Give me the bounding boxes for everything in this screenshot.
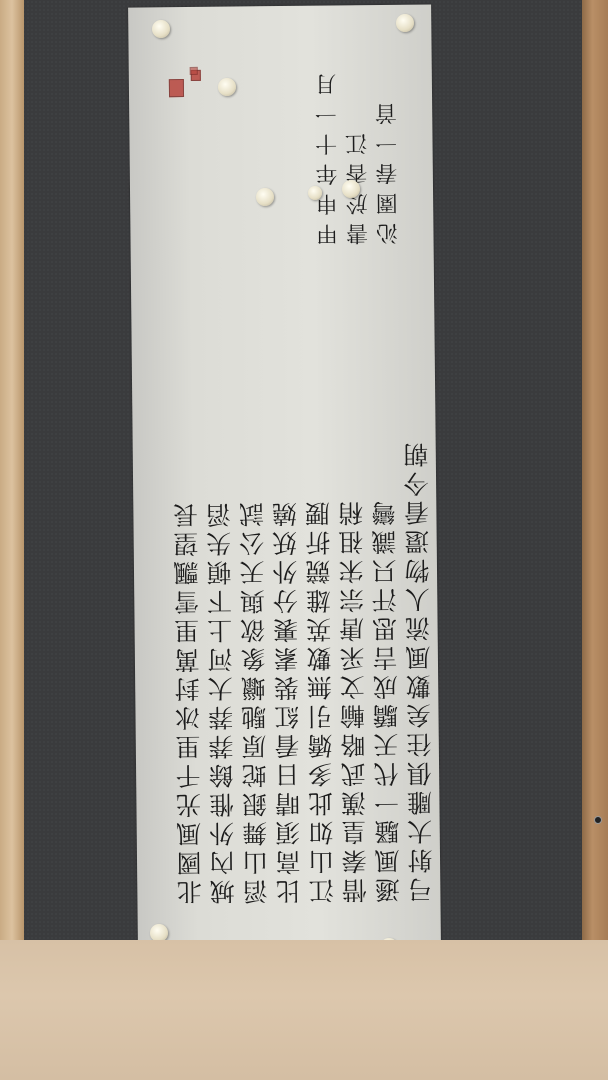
inscription-column: 甲申年十一月: [314, 65, 344, 245]
table-surface: [0, 940, 608, 1080]
scroll-text-rotated: 北國風光千里冰封萬里雪飄望長 城內外惟餘莽莽大河上下頓失滔 滔山舞銀蛇原馳蠟象欲…: [128, 4, 441, 945]
inscription-column: 書於香江: [344, 65, 374, 245]
inscription: 甲申年十一月 書於香江 沁園春一首: [314, 65, 404, 246]
push-pin: [308, 186, 322, 200]
red-seal-stamp-top: [190, 67, 198, 75]
push-pin: [152, 20, 170, 38]
wooden-frame-left: [0, 0, 24, 950]
frame-screw: [594, 816, 602, 824]
inscription-column: 沁園春一首: [374, 65, 404, 245]
push-pin: [342, 180, 360, 198]
push-pin: [256, 188, 274, 206]
red-seal-stamp: [169, 79, 184, 97]
push-pin: [396, 14, 414, 32]
calligraphy-scroll: 北國風光千里冰封萬里雪飄望長 城內外惟餘莽莽大河上下頓失滔 滔山舞銀蛇原馳蠟象欲…: [128, 4, 441, 945]
push-pin: [218, 78, 236, 96]
poem-column: 弓射大雕俱往矣數風流人物還看今朝: [398, 62, 438, 902]
